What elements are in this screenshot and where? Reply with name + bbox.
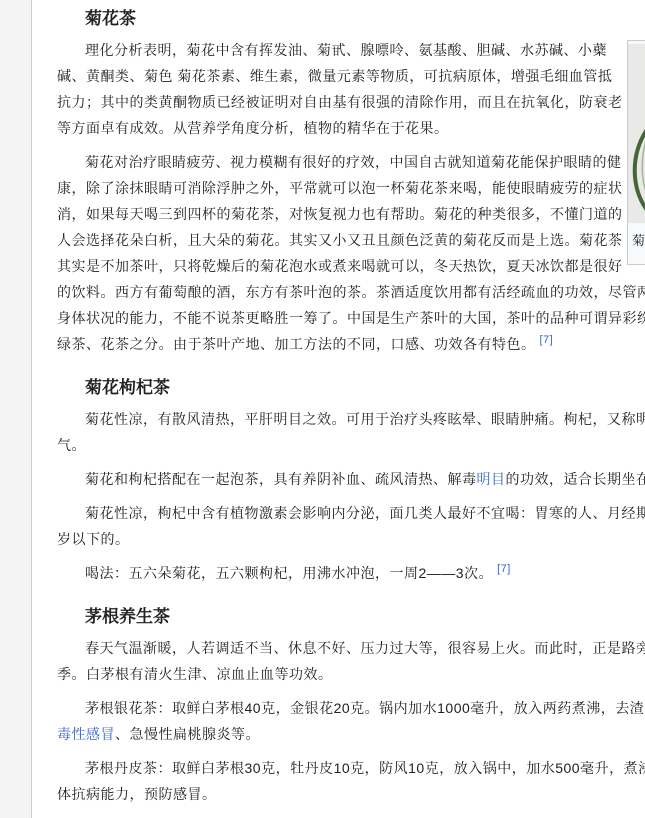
paragraph: 菊花和枸杞搭配在一起泡茶，具有养阴补血、疏风清热、解毒明目的功效，适合长期坐在电 — [57, 466, 645, 492]
text-run: 、急慢性扁桃腺炎等。 — [115, 726, 260, 742]
reference-link[interactable]: [7] — [497, 563, 511, 575]
text-line: 菊花和枸杞搭配在一起泡茶，具有养阴补血、疏风清热、解毒明目的功效，适合长期坐在电 — [57, 466, 645, 492]
paragraph: 茅根银花茶：取鲜白茅根40克，金银花20克。锅内加水1000毫升，放入两药煮沸，… — [57, 695, 645, 747]
text-run: 的功效，适合长期坐在电 — [506, 471, 645, 487]
text-run: 菊花性凉，有散风清热，平肝明目之效。可用于治疗头疼眩晕、眼睛肿痛。枸杞，又称明目 — [85, 411, 645, 427]
text-run: 理化分析表明，菊花中含有挥发油、菊甙、腺嘌呤、氨基酸、胆碱、水苏碱、小蘗 — [85, 42, 607, 58]
text-line: 身体状况的能力，不能不说茶更略胜一筹了。中国是生产茶叶的大国，茶叶的品种可谓异彩… — [57, 305, 645, 331]
tea-glass-photo-fragment — [628, 44, 645, 223]
text-run: 抗力；其中的类黄酮物质已经被证明对自由基有很强的清除作用，而且在抗氧化，防衰老 — [57, 94, 623, 110]
text-run: 碱、黄酮类、菊色 菊花茶素、维生素，微量元素等物质，可抗病原体，增强毛细血管抵 — [57, 68, 612, 84]
text-line: 康，除了涂抹眼睛可消除浮肿之外，平常就可以泡一杯菊花茶来喝，能使眼睛疲劳的症状 — [57, 175, 645, 201]
section-heading: 茅根养生茶 — [57, 606, 645, 627]
text-run: 等方面卓有成效。从营养学角度分析，植物的精华在于花果。 — [57, 120, 449, 136]
text-line: 绿茶、花茶之分。由于茶叶产地、加工方法的不同，口感、功效各有特色。[7] — [57, 331, 645, 357]
text-line: 理化分析表明，菊花中含有挥发油、菊甙、腺嘌呤、氨基酸、胆碱、水苏碱、小蘗 — [57, 37, 645, 63]
reference-marker: [7] — [497, 563, 511, 575]
text-line: 春天气温渐暖，人若调适不当、休息不好、压力过大等，很容易上火。而此时，正是路旁、 — [57, 635, 645, 661]
text-line: 抗力；其中的类黄酮物质已经被证明对自由基有很强的清除作用，而且在抗氧化，防衰老 — [57, 89, 645, 115]
paragraph: 菊花性凉，有散风清热，平肝明目之效。可用于治疗头疼眩晕、眼睛肿痛。枸杞，又称明目… — [57, 406, 645, 458]
article-thumbnail-image[interactable] — [628, 44, 645, 223]
paragraph: 茅根丹皮茶：取鲜白茅根30克，牡丹皮10克，防风10克，放入锅中，加水500毫升… — [57, 755, 645, 807]
text-line: 其实是不加茶叶，只将乾燥后的菊花泡水或煮来喝就可以，冬天热饮，夏天冰饮都是很好 — [57, 253, 645, 279]
text-line: 岁以下的。 — [57, 526, 645, 552]
text-line: 人会选择花朵白析，且大朵的菊花。其实又小又丑且颜色泛黄的菊花反而是上选。菊花茶 — [57, 227, 645, 253]
reference-marker: [7] — [540, 334, 554, 346]
text-run: 康，除了涂抹眼睛可消除浮肿之外，平常就可以泡一杯菊花茶来喝，能使眼睛疲劳的症状 — [57, 180, 623, 196]
text-run: 身体状况的能力，不能不说茶更略胜一筹了。中国是生产茶叶的大国，茶叶的品种可谓异彩… — [57, 310, 645, 326]
page-left-gutter — [0, 0, 32, 818]
text-run: 人会选择花朵白析，且大朵的菊花。其实又小又丑且颜色泛黄的菊花反而是上选。菊花茶 — [57, 232, 623, 248]
text-line: 菊花性凉，有散风清热，平肝明目之效。可用于治疗头疼眩晕、眼睛肿痛。枸杞，又称明目 — [57, 406, 645, 432]
text-line: 的饮料。西方有葡萄酿的酒，东方有茶叶泡的茶。茶酒适度饮用都有活经疏血的功效，尽管… — [57, 279, 645, 305]
text-run: 体抗病能力，预防感冒。 — [57, 786, 217, 802]
text-line: 喝法：五六朵菊花，五六颗枸杞，用沸水冲泡，一周2——3次。[7] — [57, 560, 645, 586]
text-run: 绿茶、花茶之分。由于茶叶产地、加工方法的不同，口感、功效各有特色。 — [57, 336, 536, 352]
text-line: 气。 — [57, 432, 645, 458]
paragraph: 春天气温渐暖，人若调适不当、休息不好、压力过大等，很容易上火。而此时，正是路旁、… — [57, 635, 645, 687]
section-heading: 菊花枸杞茶 — [57, 377, 645, 398]
text-run: 的饮料。西方有葡萄酿的酒，东方有茶叶泡的茶。茶酒适度饮用都有活经疏血的功效，尽管… — [57, 284, 645, 300]
text-run: 岁以下的。 — [57, 531, 130, 547]
paragraph: 菊花性凉，枸杞中含有植物激素会影响内分泌，面几类人最好不宜喝：胃寒的人、月经期的… — [57, 500, 645, 552]
thumbnail-caption: 菊花茶 — [628, 223, 645, 264]
text-run: 消，如果每天喝三到四杯的菊花茶，对恢复视力也有帮助。菊花的种类很多，不懂门道的 — [57, 206, 623, 222]
text-line: 菊花对治疗眼睛疲劳、视力模糊有很好的疗效，中国自古就知道菊花能保护眼睛的健 — [57, 149, 645, 175]
text-line: 茅根丹皮茶：取鲜白茅根30克，牡丹皮10克，防风10克，放入锅中，加水500毫升… — [57, 755, 645, 781]
text-line: 碱、黄酮类、菊色 菊花茶素、维生素，微量元素等物质，可抗病原体，增强毛细血管抵 — [57, 63, 645, 89]
article-thumbnail: 菊花茶 — [627, 40, 645, 265]
text-line: 毒性感冒、急慢性扁桃腺炎等。 — [57, 721, 645, 747]
text-line: 茅根银花茶：取鲜白茅根40克，金银花20克。锅内加水1000毫升，放入两药煮沸，… — [57, 695, 645, 721]
text-run: 茅根丹皮茶：取鲜白茅根30克，牡丹皮10克，防风10克，放入锅中，加水500毫升… — [85, 760, 645, 776]
article-content: 菊花茶理化分析表明，菊花中含有挥发油、菊甙、腺嘌呤、氨基酸、胆碱、水苏碱、小蘗碱… — [32, 0, 645, 815]
paragraph: 理化分析表明，菊花中含有挥发油、菊甙、腺嘌呤、氨基酸、胆碱、水苏碱、小蘗碱、黄酮… — [57, 37, 645, 141]
text-run: 菊花和枸杞搭配在一起泡茶，具有养阴补血、疏风清热、解毒 — [85, 471, 477, 487]
paragraph: 菊花对治疗眼睛疲劳、视力模糊有很好的疗效，中国自古就知道菊花能保护眼睛的健康，除… — [57, 149, 645, 357]
text-line: 季。白茅根有清火生津、凉血止血等功效。 — [57, 661, 645, 687]
section-heading: 菊花茶 — [57, 8, 645, 29]
text-line: 菊花性凉，枸杞中含有植物激素会影响内分泌，面几类人最好不宜喝：胃寒的人、月经期的 — [57, 500, 645, 526]
text-run: 喝法：五六朵菊花，五六颗枸杞，用沸水冲泡，一周2——3次。 — [85, 565, 493, 581]
text-run: 菊花性凉，枸杞中含有植物激素会影响内分泌，面几类人最好不宜喝：胃寒的人、月经期的 — [85, 505, 645, 521]
text-run: 茅根银花茶：取鲜白茅根40克，金银花20克。锅内加水1000毫升，放入两药煮沸，… — [85, 700, 645, 716]
text-run: 其实是不加茶叶，只将乾燥后的菊花泡水或煮来喝就可以，冬天热饮，夏天冰饮都是很好 — [57, 258, 623, 274]
reference-link[interactable]: [7] — [540, 334, 554, 346]
wiki-link[interactable]: 明目 — [477, 471, 506, 487]
wiki-link[interactable]: 毒性感冒 — [57, 726, 115, 742]
text-run: 季。白茅根有清火生津、凉血止血等功效。 — [57, 666, 333, 682]
text-line: 等方面卓有成效。从营养学角度分析，植物的精华在于花果。 — [57, 115, 645, 141]
text-run: 春天气温渐暖，人若调适不当、休息不好、压力过大等，很容易上火。而此时，正是路旁、 — [85, 640, 645, 656]
text-run: 菊花对治疗眼睛疲劳、视力模糊有很好的疗效，中国自古就知道菊花能保护眼睛的健 — [85, 154, 622, 170]
text-run: 气。 — [57, 437, 86, 453]
text-line: 消，如果每天喝三到四杯的菊花茶，对恢复视力也有帮助。菊花的种类很多，不懂门道的 — [57, 201, 645, 227]
paragraph: 喝法：五六朵菊花，五六颗枸杞，用沸水冲泡，一周2——3次。[7] — [57, 560, 645, 586]
text-line: 体抗病能力，预防感冒。 — [57, 781, 645, 807]
